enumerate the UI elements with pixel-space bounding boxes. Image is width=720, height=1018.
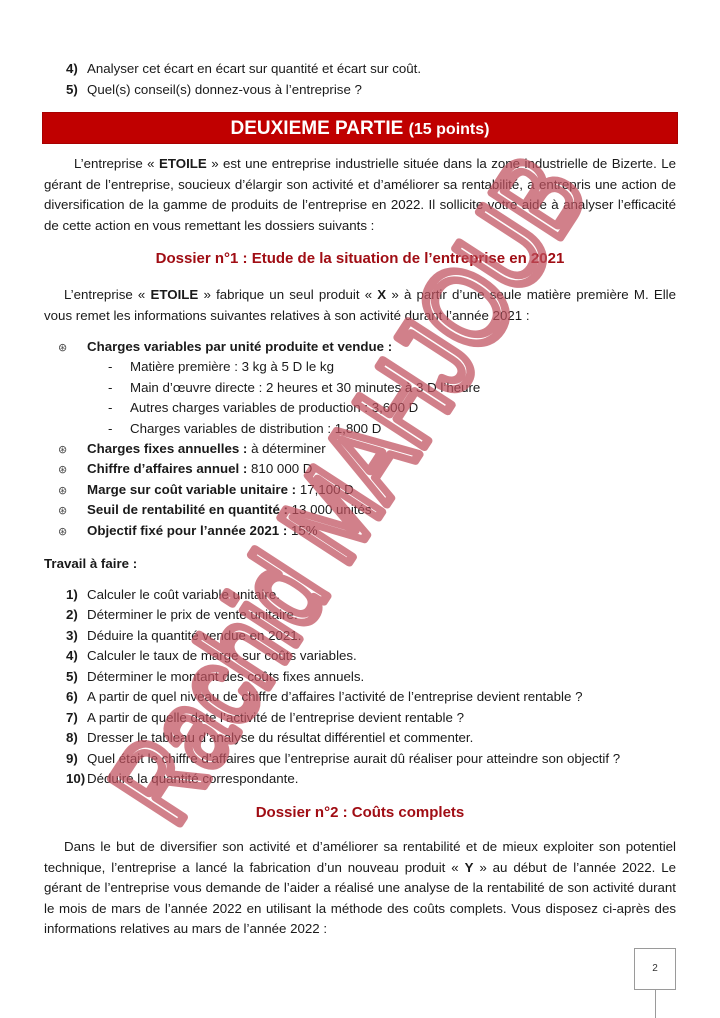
item-text: Main d’œuvre directe : 2 heures et 30 mi… [130,380,480,395]
item-text: Charges variables de distribution : 1,80… [130,421,381,436]
bullet-revenue: ⊛Chiffre d’affaires annuel : 810 000 D [58,459,312,481]
question-text: A partir de quel niveau de chiffre d’aff… [87,689,582,704]
question-number: 7) [66,708,87,728]
intro-text: » fabrique un seul produit « [198,287,377,302]
question-text: Déterminer le montant des coûts fixes an… [87,669,364,684]
variable-charge-item: -Main d’œuvre directe : 2 heures et 30 m… [108,378,480,399]
page-number-box: 2 [634,948,676,990]
dash-icon: - [108,419,130,440]
bullet-icon: ⊛ [58,338,87,359]
intro-text: L’entreprise « [74,156,159,171]
banner-points: (15 points) [409,121,490,138]
section-banner: DEUXIEME PARTIE (15 points) [42,112,678,144]
question-2: 2)Déterminer le prix de vente unitaire. [66,605,680,625]
question-number: 5) [66,667,87,687]
question-text: Quel(s) conseil(s) donnez-vous à l’entre… [87,82,362,97]
question-text: Quel était le chiffre d’affaires que l’e… [87,751,620,766]
question-number: 6) [66,687,87,707]
question-10: 10)Déduire la quantité correspondante. [66,769,680,789]
item-text: Matière première : 3 kg à 5 D le kg [130,359,334,374]
dossier-2-intro: Dans le but de diversifier son activité … [44,837,676,940]
intro-paragraph: L’entreprise « ETOILE » est une entrepri… [44,154,676,236]
dossier-1-intro: L’entreprise « ETOILE » fabrique un seul… [44,285,676,326]
bullet-fixed-charges: ⊛Charges fixes annuelles : à déterminer [58,439,326,461]
question-number: 8) [66,728,87,748]
question-4: 4)Calculer le taux de marge sur coûts va… [66,646,680,666]
question-number: 4) [66,59,87,79]
question-8: 8)Dresser le tableau d’analyse du résult… [66,728,680,748]
question-text: Dresser le tableau d’analyse du résultat… [87,730,473,745]
dossier-2-title: Dossier n°2 : Coûts complets [44,802,676,824]
bullet-margin: ⊛Marge sur coût variable unitaire : 17,1… [58,480,354,502]
question-number: 9) [66,749,87,769]
fact-value: 17,100 D [296,482,354,497]
question-number: 10) [66,769,87,789]
bullet-label: Charges variables par unité produite et … [87,339,392,354]
question-text: Calculer le taux de marge sur coûts vari… [87,648,357,663]
question-3: 3)Déduire la quantité vendue en 2021. [66,626,680,646]
variable-charge-item: -Autres charges variables de production … [108,398,418,419]
bullet-variable-charges: ⊛Charges variables par unité produite et… [58,337,392,359]
variable-charge-item: -Matière première : 3 kg à 5 D le kg [108,357,334,378]
question-text: Analyser cet écart en écart sur quantité… [87,61,421,76]
previous-question-4: 4)Analyser cet écart en écart sur quanti… [66,59,680,79]
item-text: Autres charges variables de production :… [130,400,418,415]
fact-label: Chiffre d’affaires annuel : [87,461,247,476]
previous-question-5: 5)Quel(s) conseil(s) donnez-vous à l’ent… [66,80,680,100]
question-6: 6)A partir de quel niveau de chiffre d’a… [66,687,680,707]
question-number: 2) [66,605,87,625]
fact-label: Seuil de rentabilité en quantité : [87,502,288,517]
bullet-icon: ⊛ [58,440,87,461]
page-number: 2 [652,963,658,974]
dash-icon: - [108,378,130,399]
question-text: Déduire la quantité correspondante. [87,771,298,786]
question-9: 9)Quel était le chiffre d’affaires que l… [66,749,680,769]
question-text: Calculer le coût variable unitaire. [87,587,280,602]
variable-charge-item: -Charges variables de distribution : 1,8… [108,419,381,440]
question-number: 5) [66,80,87,100]
fact-value: à déterminer [247,441,325,456]
fact-value: 810 000 D [247,461,312,476]
question-1: 1)Calculer le coût variable unitaire. [66,585,680,605]
dash-icon: - [108,398,130,419]
bullet-icon: ⊛ [58,460,87,481]
bullet-icon: ⊛ [58,481,87,502]
dossier-1-title: Dossier n°1 : Etude de la situation de l… [44,248,676,270]
document-page: 4)Analyser cet écart en écart sur quanti… [0,0,720,1018]
company-name: ETOILE [159,156,207,171]
fact-label: Objectif fixé pour l’année 2021 : [87,523,287,538]
dash-icon: - [108,357,130,378]
fact-label: Marge sur coût variable unitaire : [87,482,296,497]
question-number: 4) [66,646,87,666]
bullet-icon: ⊛ [58,522,87,543]
bullet-icon: ⊛ [58,501,87,522]
question-7: 7)A partir de quelle date l’activité de … [66,708,680,728]
question-number: 3) [66,626,87,646]
banner-title: DEUXIEME PARTIE [231,118,404,139]
bullet-breakeven: ⊛Seuil de rentabilité en quantité : 13 0… [58,500,372,522]
fact-value: 15% [287,523,317,538]
question-text: A partir de quelle date l’activité de l’… [87,710,464,725]
company-name: ETOILE [151,287,199,302]
intro-text: L’entreprise « [64,287,151,302]
bullet-objective: ⊛Objectif fixé pour l’année 2021 : 15% [58,521,318,543]
product-name: X [377,287,386,302]
fact-value: 13 000 unités [288,502,372,517]
fact-label: Charges fixes annuelles : [87,441,247,456]
question-5: 5)Déterminer le montant des coûts fixes … [66,667,680,687]
work-heading: Travail à faire : [44,554,137,574]
question-text: Déterminer le prix de vente unitaire. [87,607,298,622]
question-number: 1) [66,585,87,605]
page-number-line [655,990,656,1018]
question-text: Déduire la quantité vendue en 2021. [87,628,301,643]
